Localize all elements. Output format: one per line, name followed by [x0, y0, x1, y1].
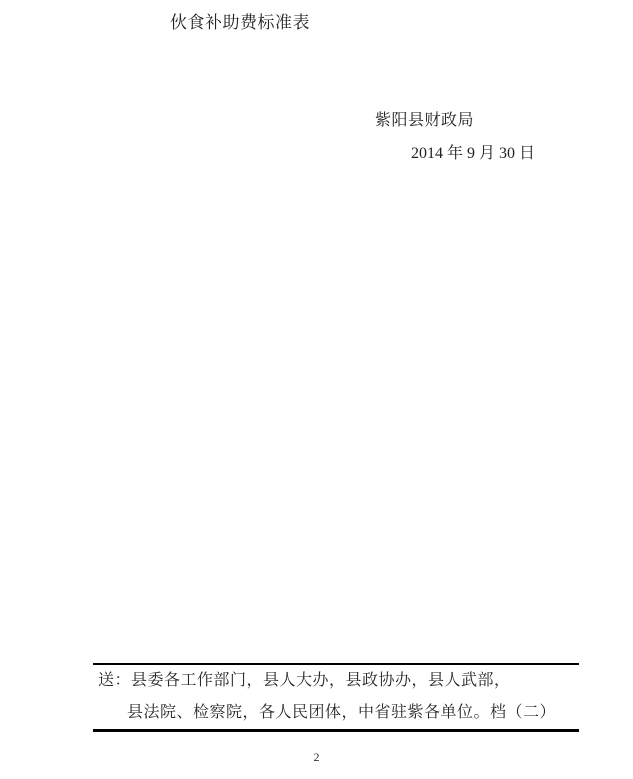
document-title: 伙食补助费标准表	[170, 8, 310, 33]
distribution-line-2: 县法院、检察院，各人民团体，中省驻紫各单位。档（二）	[93, 697, 579, 729]
document-page: 伙食补助费标准表 紫阳县财政局 2014 年 9 月 30 日 送：县委各工作部…	[0, 0, 633, 779]
issuer-name: 紫阳县财政局	[375, 107, 474, 130]
issue-date: 2014 年 9 月 30 日	[411, 140, 535, 163]
page-number: 2	[0, 750, 633, 765]
distribution-block: 送：县委各工作部门，县人大办，县政协办，县人武部， 县法院、检察院，各人民团体，…	[93, 663, 579, 732]
distribution-line-1: 送：县委各工作部门，县人大办，县政协办，县人武部，	[93, 665, 579, 697]
